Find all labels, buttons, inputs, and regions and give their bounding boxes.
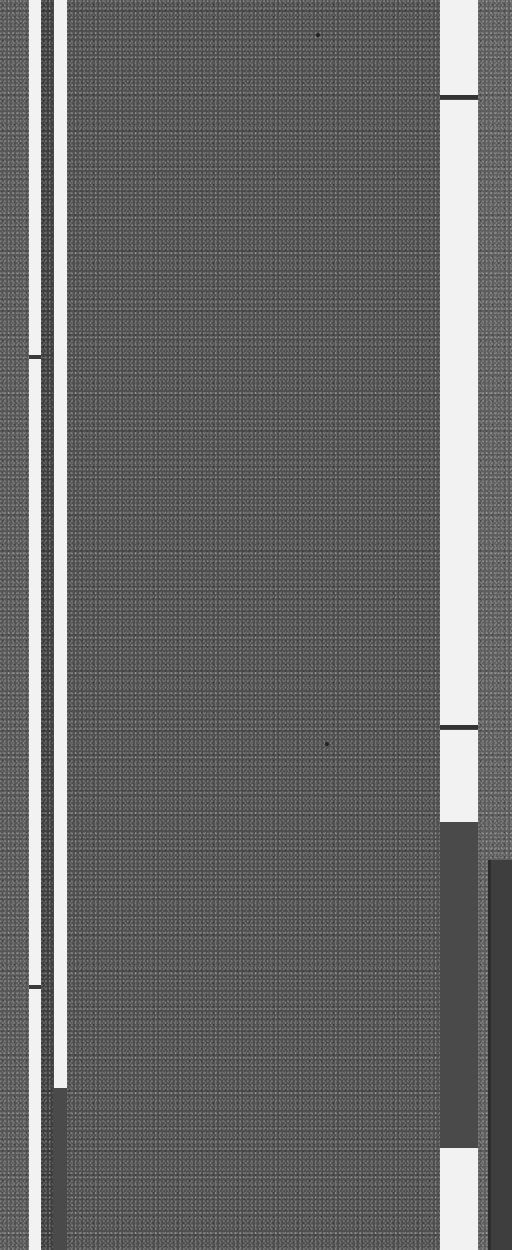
road-debris xyxy=(316,33,320,37)
left-shoulder xyxy=(0,0,30,1250)
right-edge-line-segment xyxy=(440,0,478,95)
road-debris xyxy=(325,742,329,746)
driving-lane xyxy=(67,0,440,1250)
curb xyxy=(488,860,512,1250)
pavement-crack xyxy=(440,95,478,99)
left-outer-lane-line xyxy=(29,0,41,1250)
line-joint xyxy=(29,985,41,989)
line-joint xyxy=(29,355,41,359)
road-scene xyxy=(0,0,512,1250)
left-inner-lane-line xyxy=(54,0,67,1088)
pavement-crack xyxy=(440,725,478,729)
right-edge-line-segment xyxy=(440,730,478,822)
right-edge-line-segment xyxy=(440,1148,478,1250)
median-strip xyxy=(41,0,53,1250)
right-edge-line-segment xyxy=(440,100,478,725)
